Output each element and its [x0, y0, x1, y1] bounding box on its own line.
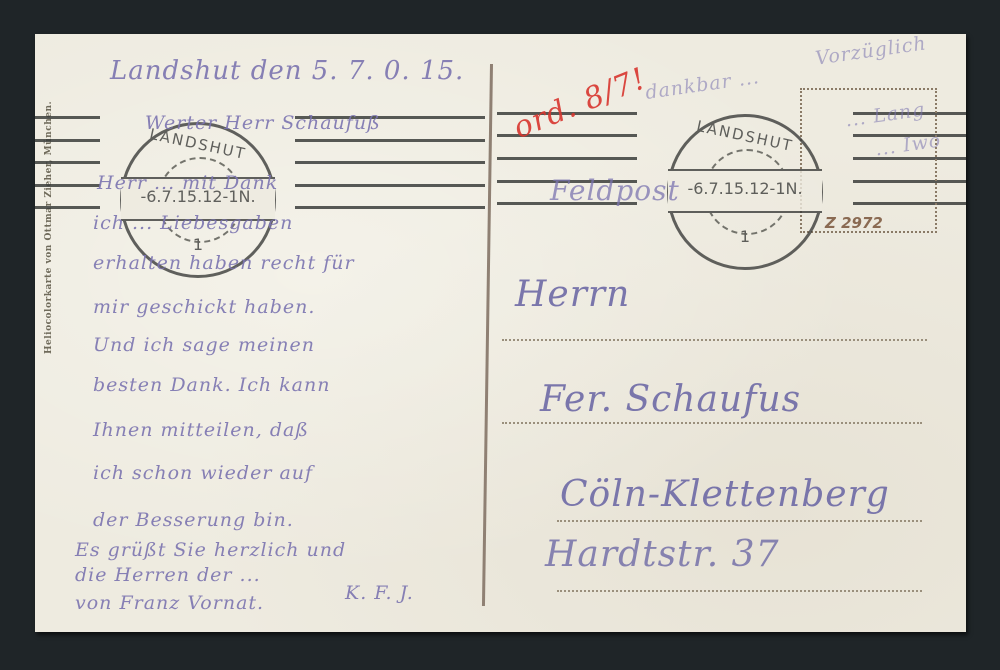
postmark-date: -6.7.15.12-1N.: [670, 179, 820, 198]
address-line-1: [502, 339, 927, 341]
pencil-note-line: dankbar ...: [644, 66, 761, 104]
message-salutation: Werter Herr Schaufuß: [145, 112, 381, 134]
message-line: Herr ... mit Dank: [97, 172, 278, 194]
message-line: erhalten haben recht für: [93, 252, 355, 274]
message-initials: K. F. J.: [345, 582, 414, 604]
message-line: der Besserung bin.: [93, 509, 294, 531]
message-line: ich schon wieder auf: [93, 462, 313, 484]
center-divider-line: [482, 64, 493, 606]
address-city: Cöln-Klettenberg: [560, 474, 890, 515]
message-line: ich ... Liebesgaben: [93, 212, 293, 234]
message-line: besten Dank. Ich kann: [93, 374, 330, 396]
message-line: Ihnen mitteilen, daß: [93, 419, 309, 441]
address-name: Fer. Schaufus: [540, 379, 801, 420]
address-line-4: [557, 590, 922, 592]
postmark-office-number: 1: [670, 227, 820, 246]
postmark-right: LANDSHUT -6.7.15.12-1N. 1: [667, 114, 823, 270]
message-line: von Franz Vornat.: [75, 592, 264, 614]
stamp-box-number: Z 2972: [825, 214, 883, 232]
feldpost-label: Feldpost: [550, 174, 680, 207]
address-street: Hardtstr. 37: [545, 534, 779, 575]
address-line-2: [502, 422, 922, 424]
message-date-line: Landshut den 5. 7. 0. 15.: [110, 56, 464, 86]
message-line: Und ich sage meinen: [93, 334, 315, 356]
address-line-3: [557, 520, 922, 522]
message-line: mir geschickt haben.: [93, 296, 315, 318]
address-title: Herrn: [515, 274, 630, 315]
message-line: die Herren der ...: [75, 564, 261, 586]
message-line: Es grüßt Sie herzlich und: [75, 539, 346, 561]
postcard: Heliocolorkarte von Ottmar Zieher, Münch…: [35, 34, 966, 632]
pencil-note-line: Vorzüglich: [814, 34, 928, 70]
